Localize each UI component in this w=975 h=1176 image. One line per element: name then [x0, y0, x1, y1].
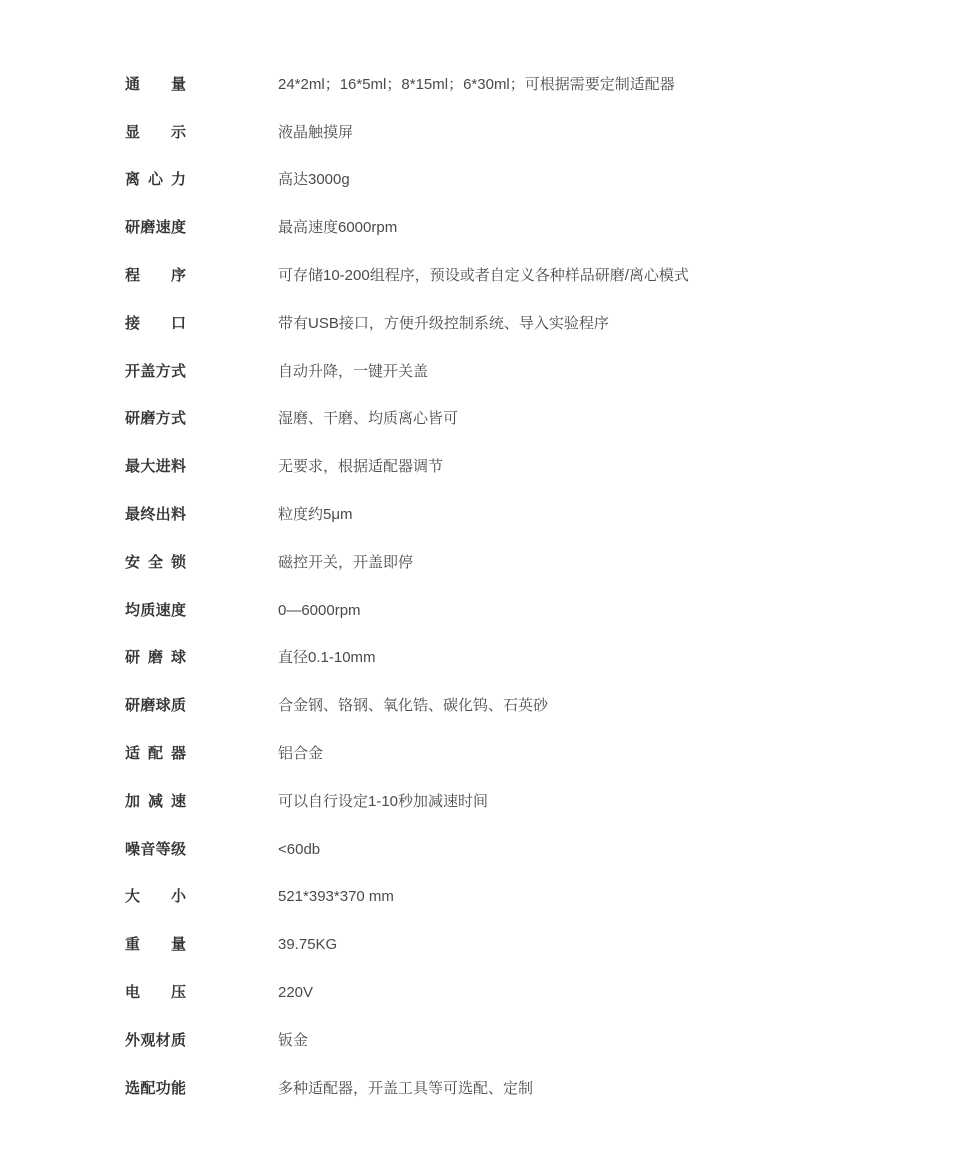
- spec-row: 选配功能多种适配器，开盖工具等可选配、定制: [125, 1065, 935, 1113]
- spec-value: 液晶触摸屏: [278, 124, 353, 142]
- spec-label: 大 小: [125, 888, 186, 906]
- spec-label: 研磨方式: [125, 410, 186, 428]
- spec-value: 直径0.1-10mm: [278, 649, 376, 667]
- spec-row: 加 减 速可以自行设定1-10秒加减速时间: [125, 778, 935, 826]
- spec-row: 最大进料无要求，根据适配器调节: [125, 443, 935, 491]
- spec-row: 最终出料粒度约5μm: [125, 491, 935, 539]
- spec-value: 粒度约5μm: [278, 506, 352, 524]
- spec-value: 湿磨、干磨、均质离心皆可: [278, 410, 458, 428]
- spec-row: 噪音等级<60db: [125, 826, 935, 874]
- spec-label: 开盖方式: [125, 363, 186, 381]
- spec-row: 安 全 锁磁控开关，开盖即停: [125, 539, 935, 587]
- spec-value: 可以自行设定1-10秒加减速时间: [278, 793, 488, 811]
- spec-value: <60db: [278, 841, 320, 859]
- spec-label: 最终出料: [125, 506, 186, 524]
- spec-row: 研 磨 球直径0.1-10mm: [125, 635, 935, 683]
- spec-row: 通 量24*2ml；16*5ml；8*15ml；6*30ml；可根据需要定制适配…: [125, 61, 935, 109]
- spec-value: 最高速度6000rpm: [278, 219, 397, 237]
- spec-row: 研磨速度最高速度6000rpm: [125, 204, 935, 252]
- spec-row: 开盖方式自动升降，一键开关盖: [125, 348, 935, 396]
- spec-label: 重 量: [125, 936, 186, 954]
- spec-row: 适 配 器铝合金: [125, 730, 935, 778]
- spec-value: 钣金: [278, 1032, 308, 1050]
- spec-value: 24*2ml；16*5ml；8*15ml；6*30ml；可根据需要定制适配器: [278, 76, 675, 94]
- spec-label: 通 量: [125, 76, 186, 94]
- spec-label: 研磨球质: [125, 697, 186, 715]
- spec-value: 自动升降，一键开关盖: [278, 363, 428, 381]
- spec-row: 程 序可存储10-200组程序，预设或者自定义各种样品研磨/离心模式: [125, 252, 935, 300]
- spec-value: 无要求，根据适配器调节: [278, 458, 443, 476]
- spec-value: 521*393*370 mm: [278, 888, 394, 906]
- spec-row: 大 小521*393*370 mm: [125, 874, 935, 922]
- spec-row: 显 示液晶触摸屏: [125, 109, 935, 157]
- spec-row: 重 量39.75KG: [125, 921, 935, 969]
- spec-label: 显 示: [125, 124, 186, 142]
- spec-value: 39.75KG: [278, 936, 337, 954]
- spec-row: 研磨方式湿磨、干磨、均质离心皆可: [125, 396, 935, 444]
- spec-row: 外观材质钣金: [125, 1017, 935, 1065]
- spec-label: 最大进料: [125, 458, 186, 476]
- spec-row: 均质速度0—6000rpm: [125, 587, 935, 635]
- spec-label: 均质速度: [125, 602, 186, 620]
- spec-label: 研 磨 球: [125, 649, 186, 667]
- spec-value: 可存储10-200组程序，预设或者自定义各种样品研磨/离心模式: [278, 267, 689, 285]
- spec-value: 0—6000rpm: [278, 602, 361, 620]
- spec-label: 加 减 速: [125, 793, 186, 811]
- spec-label: 适 配 器: [125, 745, 186, 763]
- spec-row: 研磨球质合金钢、铬钢、氧化锆、碳化钨、石英砂: [125, 682, 935, 730]
- spec-value: 高达3000g: [278, 171, 350, 189]
- spec-label: 程 序: [125, 267, 186, 285]
- spec-label: 噪音等级: [125, 841, 186, 859]
- spec-table: 通 量24*2ml；16*5ml；8*15ml；6*30ml；可根据需要定制适配…: [0, 0, 975, 1113]
- spec-label: 接 口: [125, 315, 186, 333]
- spec-value: 带有USB接口，方便升级控制系统、导入实验程序: [278, 315, 609, 333]
- spec-value: 铝合金: [278, 745, 323, 763]
- spec-row: 离 心 力高达3000g: [125, 157, 935, 205]
- spec-value: 220V: [278, 984, 313, 1002]
- spec-value: 多种适配器，开盖工具等可选配、定制: [278, 1080, 533, 1098]
- spec-row: 接 口带有USB接口，方便升级控制系统、导入实验程序: [125, 300, 935, 348]
- spec-label: 安 全 锁: [125, 554, 186, 572]
- spec-label: 电 压: [125, 984, 186, 1002]
- spec-label: 研磨速度: [125, 219, 186, 237]
- spec-label: 离 心 力: [125, 171, 186, 189]
- spec-row: 电 压220V: [125, 969, 935, 1017]
- spec-label: 选配功能: [125, 1080, 186, 1098]
- spec-label: 外观材质: [125, 1032, 186, 1050]
- spec-value: 磁控开关，开盖即停: [278, 554, 413, 572]
- spec-value: 合金钢、铬钢、氧化锆、碳化钨、石英砂: [278, 697, 548, 715]
